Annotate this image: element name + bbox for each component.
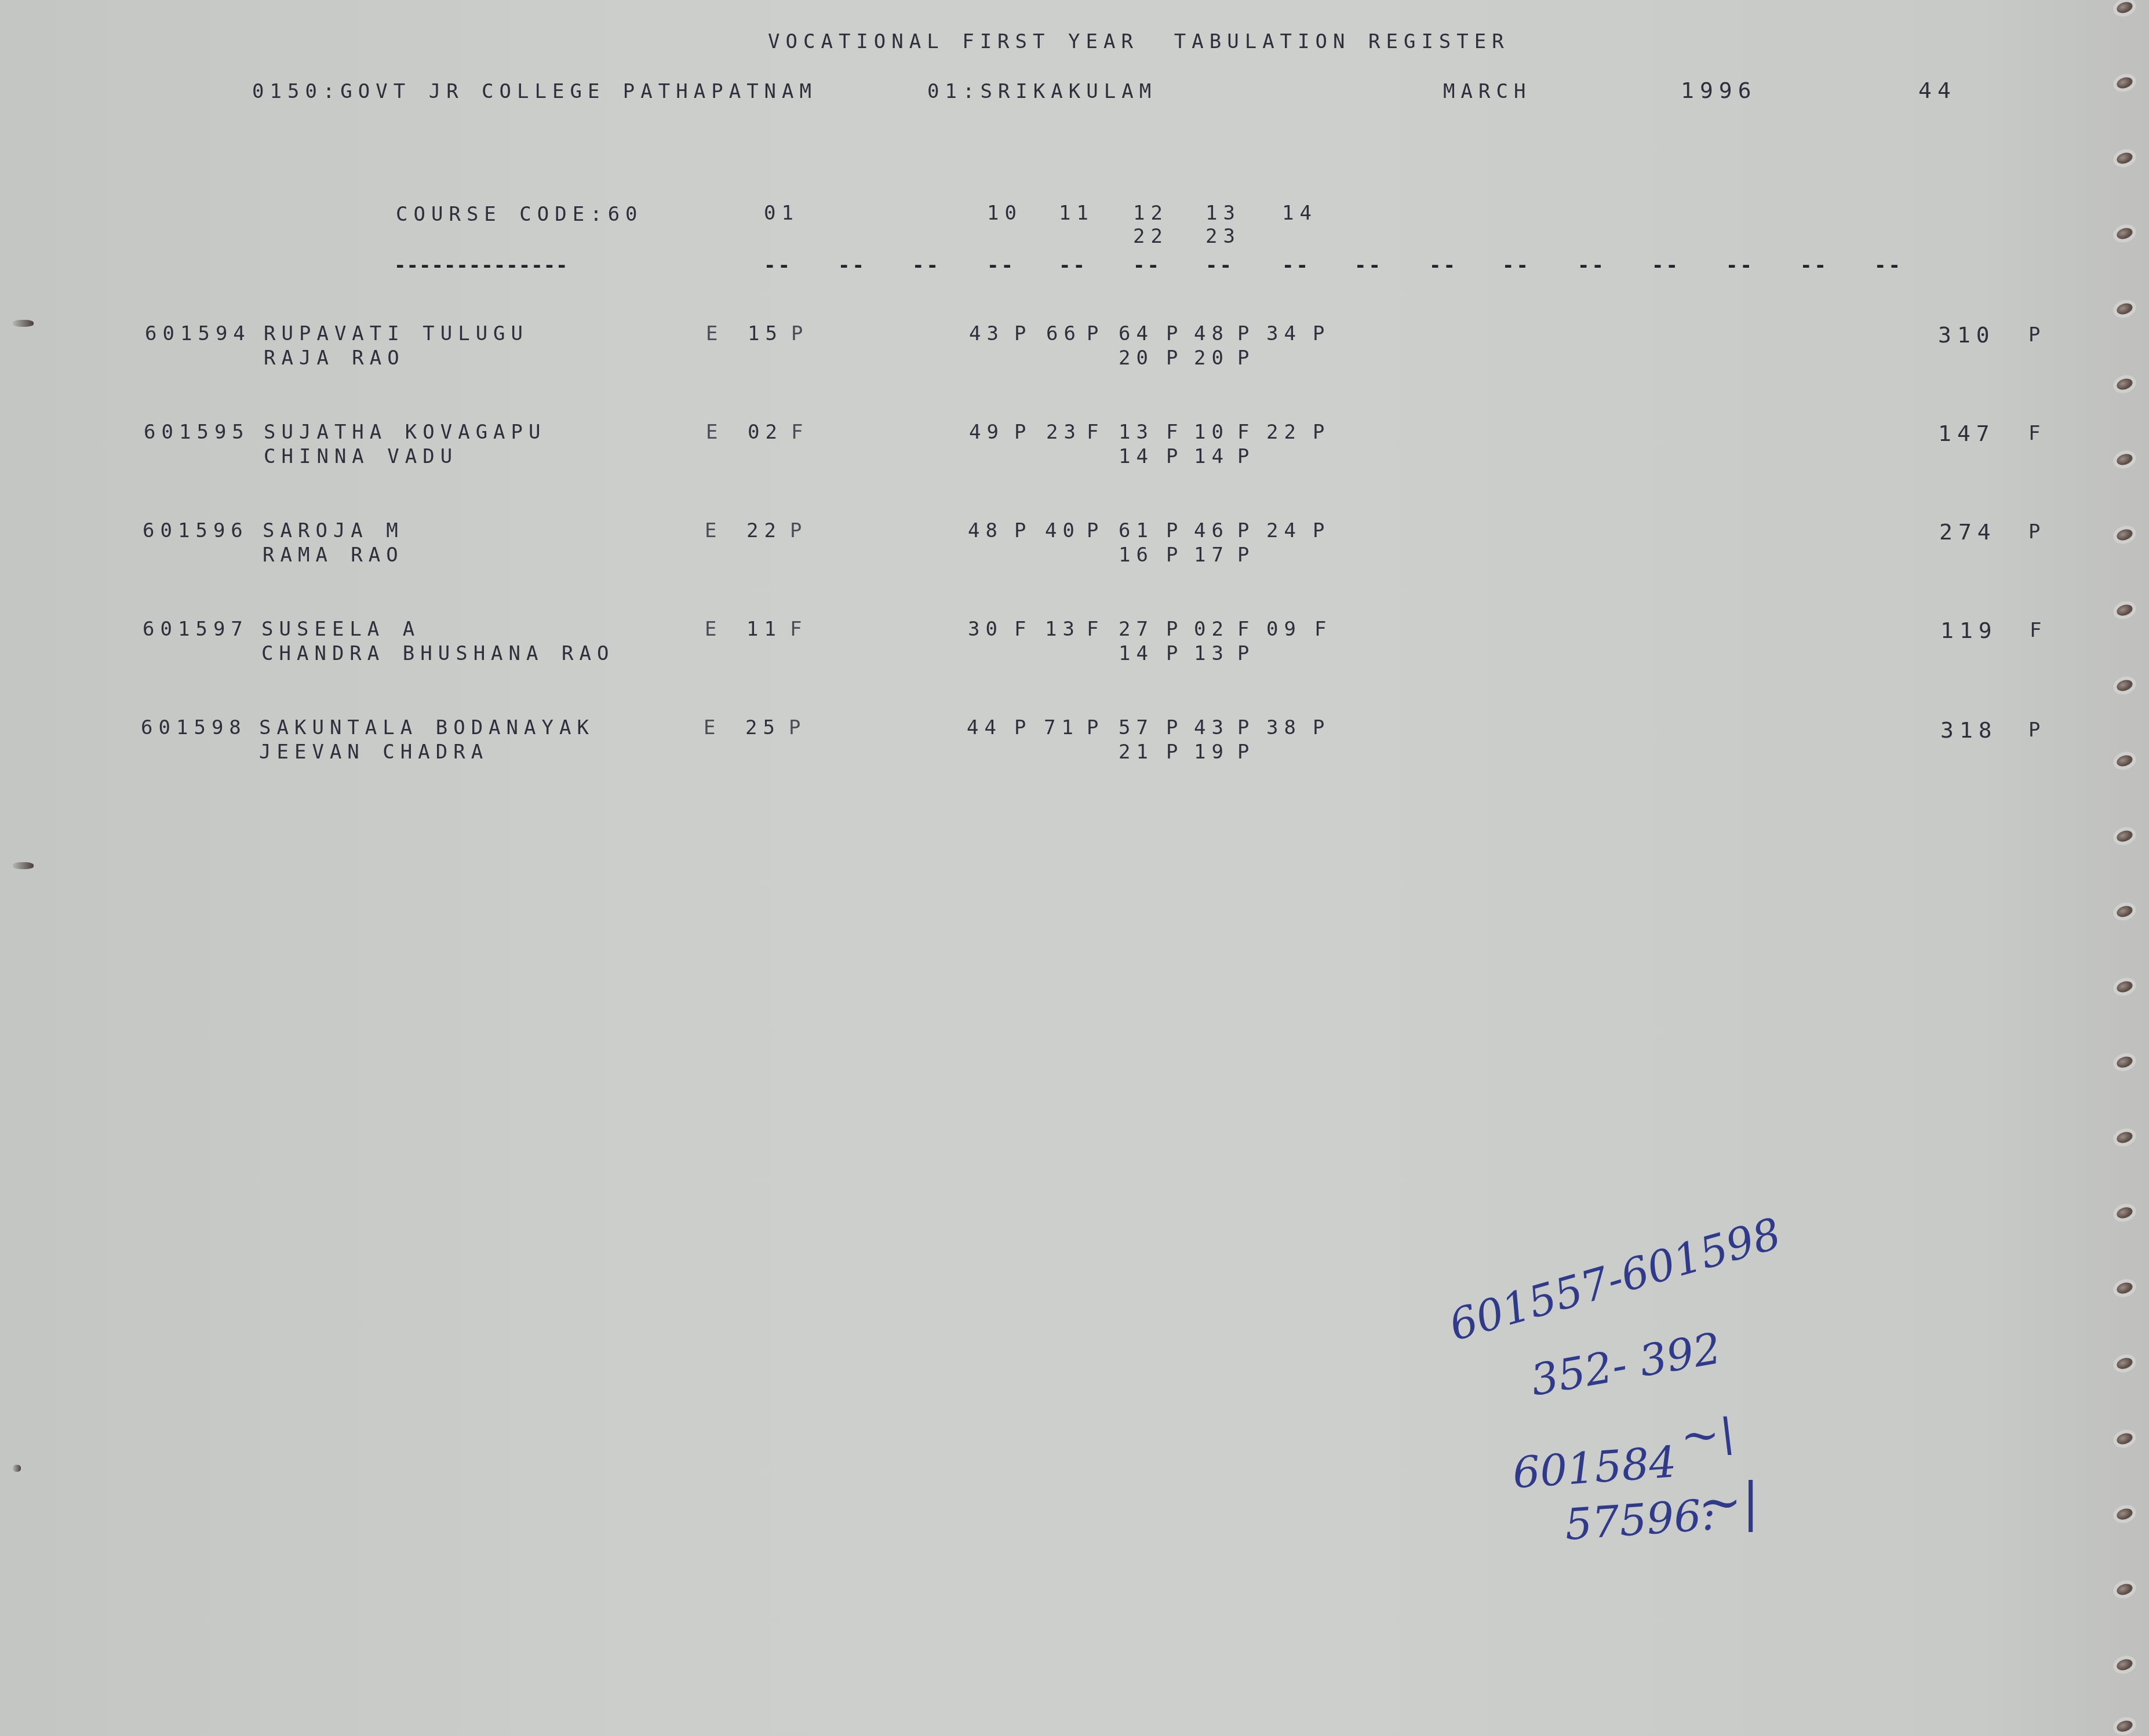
page-number: 44: [1918, 78, 1957, 103]
total-marks: 274: [1939, 519, 1997, 545]
mark-01: 11: [746, 618, 782, 641]
total-marks: 147: [1938, 421, 1995, 446]
perforation-hole-icon: [2115, 452, 2134, 467]
col-separator: --: [912, 254, 941, 277]
language-code: E: [705, 519, 722, 542]
student-name: SAROJA M: [263, 519, 404, 542]
handwritten-mark: ~\: [1681, 1408, 1735, 1462]
mark-14: 38: [1266, 716, 1302, 739]
result-13: P: [1237, 322, 1255, 345]
result-10: P: [1014, 322, 1032, 345]
perforation-hole-icon: [2115, 527, 2134, 542]
total-marks: 310: [1938, 322, 1995, 348]
result-14: P: [1313, 322, 1330, 345]
exam-month: MARCH: [1443, 80, 1531, 103]
result-01: F: [791, 421, 808, 444]
total-marks: 119: [1940, 618, 1998, 643]
mark-10: 30: [968, 618, 1003, 641]
result-10: P: [1014, 421, 1032, 444]
language-code: E: [706, 322, 723, 345]
result-11: F: [1087, 421, 1104, 444]
father-name: CHINNA VADU: [264, 445, 458, 468]
mark-12: 61: [1119, 519, 1154, 542]
mark-01: 22: [746, 519, 782, 542]
result-12: P: [1166, 618, 1183, 641]
result-14: F: [1314, 618, 1332, 641]
mark-10: 48: [968, 519, 1003, 542]
mark-01: 02: [748, 421, 783, 444]
reg-number: 601596: [143, 519, 249, 542]
col-separator: --: [1578, 254, 1606, 277]
mark-22: 20: [1119, 347, 1154, 370]
result-10: P: [1014, 716, 1032, 739]
result-12: F: [1166, 421, 1183, 444]
district-name: 01:SRIKAKULAM: [927, 80, 1157, 103]
perforation-hole-icon: [2115, 603, 2134, 618]
result-23: P: [1237, 642, 1255, 665]
language-code: E: [705, 618, 722, 641]
result-11: P: [1087, 519, 1104, 542]
reg-number: 601595: [144, 421, 250, 444]
total-marks: 318: [1940, 717, 1998, 743]
perforation-hole-icon: [2115, 1281, 2134, 1296]
perforation-hole-icon: [2115, 829, 2134, 844]
perforation-hole-icon: [2115, 1507, 2134, 1522]
father-name: JEEVAN CHADRA: [259, 741, 489, 764]
col-separator: --: [1429, 254, 1458, 277]
result-22: P: [1166, 741, 1183, 764]
result-01: P: [790, 519, 807, 542]
result-11: F: [1087, 618, 1104, 641]
mark-12: 27: [1119, 618, 1154, 641]
result-14: P: [1313, 519, 1330, 542]
perforation-hole-icon: [2115, 151, 2134, 166]
col-code-10: 10: [987, 202, 1022, 225]
result-10: F: [1014, 618, 1032, 641]
mark-11: 71: [1044, 716, 1079, 739]
result-13: P: [1237, 716, 1255, 739]
perforation-hole-icon: [2115, 1356, 2134, 1371]
mark-14: 22: [1266, 421, 1302, 444]
handwritten-number: 57596:: [1563, 1490, 1717, 1550]
mark-22: 14: [1119, 642, 1154, 665]
result-13: P: [1237, 519, 1255, 542]
col-code-12: 12: [1133, 202, 1168, 225]
mark-13: 10: [1194, 421, 1229, 444]
perforation-hole-icon: [2115, 301, 2134, 316]
mark-13: 46: [1194, 519, 1229, 542]
col-separator: --: [1282, 254, 1310, 277]
col-code-14: 14: [1282, 202, 1317, 225]
mark-14: 24: [1266, 519, 1302, 542]
col-code-13: 13: [1205, 202, 1241, 225]
col-separator: --: [1874, 254, 1903, 277]
student-name: SUJATHA KOVAGAPU: [264, 421, 547, 444]
father-name: RAJA RAO: [264, 347, 405, 370]
perforation-hole-icon: [2115, 1657, 2134, 1672]
perforation-hole-icon: [2115, 226, 2134, 241]
mark-11: 23: [1046, 421, 1081, 444]
handwritten-mark: ~|: [1698, 1472, 1760, 1533]
mark-11: 13: [1045, 618, 1080, 641]
result-12: P: [1166, 519, 1183, 542]
final-result: P: [2028, 719, 2046, 742]
language-code: E: [704, 716, 721, 739]
perforation-hole-icon: [2115, 753, 2134, 768]
mark-23: 13: [1194, 642, 1229, 665]
mark-12: 57: [1119, 716, 1154, 739]
col-code-01: 01: [764, 202, 799, 225]
result-01: P: [791, 322, 808, 345]
col-code-11: 11: [1059, 202, 1094, 225]
exam-year: 1996: [1681, 78, 1757, 103]
result-13: F: [1237, 618, 1255, 641]
register-title: VOCATIONAL FIRST YEAR TABULATION REGISTE…: [768, 30, 1510, 53]
reg-number: 601598: [141, 716, 247, 739]
result-14: P: [1313, 716, 1330, 739]
result-01: F: [790, 618, 807, 641]
student-name: SUSEELA A: [261, 618, 420, 641]
result-23: P: [1237, 741, 1255, 764]
course-underline: --------------: [394, 254, 569, 277]
perforation-hole-icon: [2115, 1130, 2134, 1145]
result-10: P: [1014, 519, 1032, 542]
col-separator: --: [1354, 254, 1383, 277]
result-22: P: [1166, 347, 1183, 370]
col-separator: --: [838, 254, 866, 277]
col-separator: --: [1800, 254, 1829, 277]
mark-01: 25: [745, 716, 781, 739]
mark-10: 43: [969, 322, 1004, 345]
mark-01: 15: [748, 322, 783, 345]
mark-11: 40: [1045, 519, 1080, 542]
mark-13: 48: [1194, 322, 1229, 345]
perforation-hole-icon: [2115, 1719, 2134, 1734]
perforation-hole-icon: [2115, 979, 2134, 994]
final-result: F: [2028, 422, 2046, 445]
reg-number: 601597: [143, 618, 249, 641]
result-23: P: [1237, 544, 1255, 567]
handwritten-count-range: 352- 392: [1527, 1323, 1725, 1406]
col-separator: --: [764, 254, 792, 277]
mark-14: 09: [1266, 618, 1302, 641]
result-14: P: [1313, 421, 1330, 444]
perforation-hole-icon: [2115, 678, 2134, 693]
col-separator: --: [1652, 254, 1680, 277]
final-result: F: [2030, 619, 2047, 642]
perforation-hole-icon: [2115, 1582, 2134, 1597]
final-result: P: [2028, 520, 2046, 544]
mark-12: 13: [1119, 421, 1154, 444]
language-code: E: [706, 421, 723, 444]
result-01: P: [789, 716, 806, 739]
result-22: P: [1166, 544, 1183, 567]
mark-14: 34: [1266, 322, 1302, 345]
handwritten-reg: 601584: [1511, 1437, 1678, 1498]
binding-hole-icon: [13, 320, 34, 327]
mark-13: 43: [1194, 716, 1229, 739]
col-separator: --: [987, 254, 1015, 277]
binding-hole-icon: [13, 1465, 21, 1472]
mark-23: 20: [1194, 347, 1229, 370]
mark-12: 64: [1119, 322, 1154, 345]
result-23: P: [1237, 347, 1255, 370]
perforation-hole-icon: [2115, 0, 2134, 15]
student-name: RUPAVATI TULUGU: [264, 322, 529, 345]
result-11: P: [1087, 716, 1104, 739]
handwritten-range: 601557-601598: [1444, 1209, 1786, 1351]
result-12: P: [1166, 716, 1183, 739]
perforation-hole-icon: [2115, 904, 2134, 919]
binding-hole-icon: [13, 862, 34, 869]
col-separator: --: [1205, 254, 1234, 277]
col-code-22: 22: [1133, 225, 1168, 248]
mark-10: 49: [969, 421, 1004, 444]
mark-23: 19: [1194, 741, 1229, 764]
perforation-hole-icon: [2115, 1055, 2134, 1070]
college-name: 0150:GOVT JR COLLEGE PATHAPATNAM: [252, 80, 817, 103]
mark-22: 16: [1119, 544, 1154, 567]
result-13: F: [1237, 421, 1255, 444]
col-separator: --: [1502, 254, 1531, 277]
result-23: P: [1237, 445, 1255, 468]
col-separator: --: [1726, 254, 1754, 277]
col-separator: --: [1059, 254, 1087, 277]
mark-22: 14: [1119, 445, 1154, 468]
col-code-23: 23: [1205, 225, 1241, 248]
perforation-hole-icon: [2115, 1431, 2134, 1446]
reg-number: 601594: [145, 322, 251, 345]
mark-22: 21: [1119, 741, 1154, 764]
perforation-hole-icon: [2115, 377, 2134, 392]
mark-23: 14: [1194, 445, 1229, 468]
father-name: RAMA RAO: [263, 544, 404, 567]
course-code-label: COURSE CODE:60: [396, 203, 643, 226]
perforation-hole-icon: [2115, 75, 2134, 90]
result-22: P: [1166, 445, 1183, 468]
mark-13: 02: [1194, 618, 1229, 641]
mark-11: 66: [1046, 322, 1081, 345]
final-result: P: [2028, 323, 2046, 347]
result-22: P: [1166, 642, 1183, 665]
father-name: CHANDRA BHUSHANA RAO: [261, 642, 614, 665]
col-separator: --: [1133, 254, 1161, 277]
mark-23: 17: [1194, 544, 1229, 567]
mark-10: 44: [967, 716, 1002, 739]
student-name: SAKUNTALA BODANAYAK: [259, 716, 595, 739]
result-11: P: [1087, 322, 1104, 345]
result-12: P: [1166, 322, 1183, 345]
perforation-hole-icon: [2115, 1205, 2134, 1220]
